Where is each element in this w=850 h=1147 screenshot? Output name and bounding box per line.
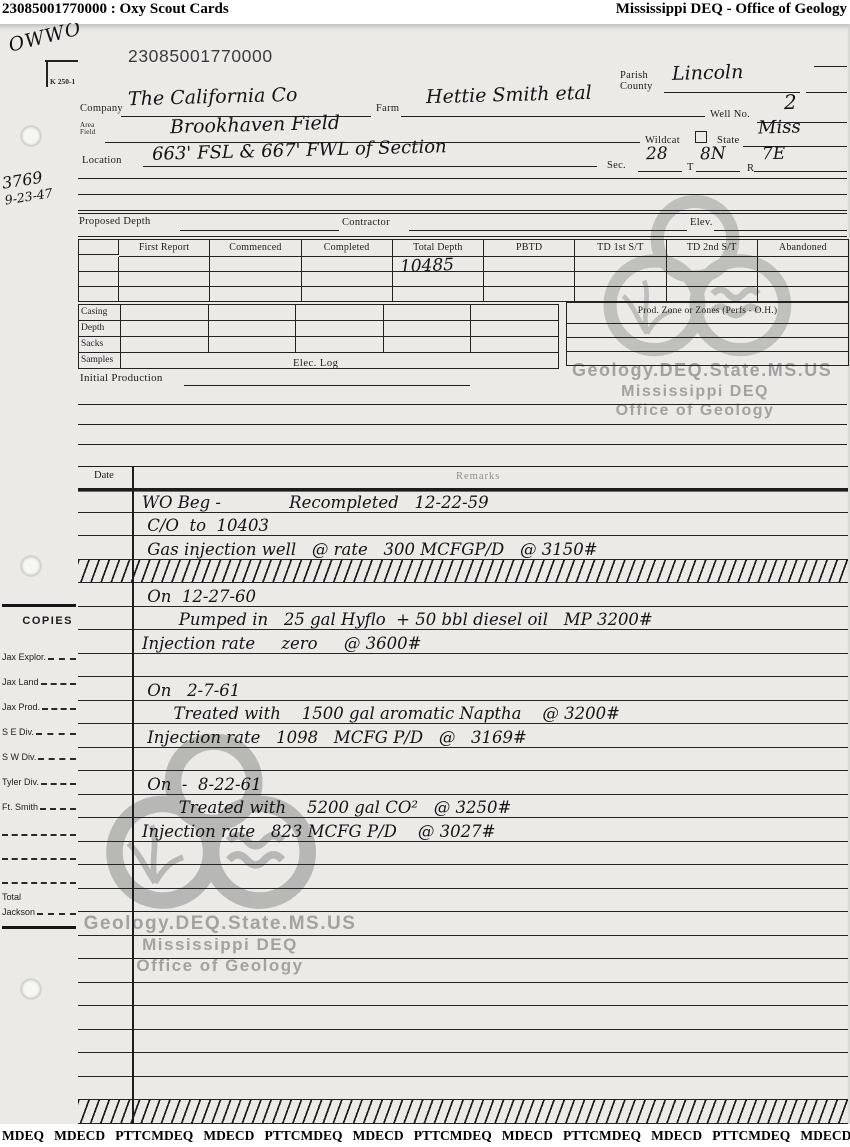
dotted-leader — [42, 708, 76, 710]
bracket-mark — [46, 60, 48, 87]
remarks-row: WO Beg - Recompleted 12-22-59 — [78, 489, 848, 513]
company-label: Company — [80, 103, 123, 114]
casing-cell — [296, 321, 384, 337]
drilling-cell — [575, 257, 666, 272]
casing-cell — [471, 305, 559, 321]
rule-line — [143, 166, 597, 167]
copies-item: Tyler Div. — [2, 762, 76, 787]
footer-group: MDEQ MDECD PTTC — [450, 1128, 599, 1144]
date-header: Date — [94, 470, 114, 481]
casing-row-label: Samples — [79, 353, 121, 369]
copies-item: S W Div. — [2, 737, 76, 762]
copies-item: Ft. Smith — [2, 787, 76, 812]
copies-item-label: Tyler Div. — [2, 777, 39, 787]
casing-row-label: Casing — [79, 305, 121, 321]
remark-entry: On 2-7-61 — [142, 681, 240, 700]
footer-group: MDEQ MDECD PTTC — [748, 1128, 850, 1144]
location-value: 663' FSL & 667' FWL of Section — [152, 136, 447, 165]
rule-line — [184, 385, 470, 386]
casing-cell — [296, 337, 384, 353]
casing-cell — [121, 321, 209, 337]
drilling-cell — [119, 272, 210, 287]
drilling-label-cell — [79, 240, 119, 255]
rule-line — [78, 444, 847, 445]
copies-item-label: Jax Explor. — [2, 652, 46, 662]
footer-group: MDEQ MDECD PTTC — [151, 1128, 300, 1144]
wildcat-checkbox — [695, 131, 707, 143]
rule-line — [567, 337, 848, 338]
print-header: 23085001770000 : Oxy Scout Cards Mississ… — [0, 0, 850, 23]
state-value: Miss — [758, 116, 801, 138]
rule-line — [814, 66, 847, 67]
section-label: Sec. — [607, 160, 626, 171]
casing-merged-cell: Elec. Log — [121, 353, 559, 369]
township-value: 8N — [700, 144, 726, 165]
total-depth-value: 10485 — [399, 255, 454, 277]
drilling-col-header: TD 1st S/T — [575, 240, 666, 257]
remark-entry: Injection rate 1098 MCFG P/D @ 3169# — [142, 728, 527, 747]
remark-entry: Injection rate zero @ 3600# — [142, 634, 421, 653]
remarks-row: C/O to 10403 — [78, 513, 848, 537]
remarks-row — [78, 912, 848, 936]
copies-title: COPIES — [2, 615, 76, 627]
farm-value: Hettie Smith etal — [426, 82, 592, 108]
remarks-row — [78, 983, 848, 1007]
print-header-source: Mississippi DEQ - Office of Geology — [616, 1, 847, 18]
casing-row: Sacks — [79, 337, 559, 353]
remarks-row — [78, 748, 848, 772]
remarks-row: Pumped in 25 gal Hyflo + 50 bbl diesel o… — [78, 607, 848, 631]
county-label: County — [620, 81, 653, 92]
punch-hole — [21, 126, 41, 146]
copies-item: Jax Explor. — [2, 637, 76, 662]
drilling-label-cell — [79, 257, 119, 272]
copies-item-label: Jax Prod. — [2, 702, 40, 712]
drilling-header-row: First ReportCommencedCompletedTotal Dept… — [79, 240, 849, 257]
prod-zone-box: Prod. Zone or Zones (Perfs - O.H.) — [566, 302, 849, 366]
contractor-label: Contractor — [342, 217, 390, 228]
rule-line — [78, 213, 847, 214]
location-label: Location — [82, 155, 122, 166]
section-value: 28 — [646, 144, 668, 165]
dotted-leader — [48, 658, 76, 660]
remark-entry: On 12-27-60 — [142, 587, 256, 606]
field-value: Brookhaven Field — [170, 112, 341, 138]
rule-line — [409, 230, 687, 231]
remarks-row — [78, 842, 848, 866]
casing-row: SamplesElec. Log — [79, 353, 559, 369]
rule-line — [638, 171, 682, 172]
rule-line — [567, 351, 848, 352]
drilling-cell — [484, 287, 575, 302]
remark-entry: Injection rate 823 MCFG P/D @ 3027# — [142, 822, 495, 841]
remarks-row — [78, 654, 848, 678]
drilling-cell — [575, 287, 666, 302]
remarks-row: On 12-27-60 — [78, 583, 848, 607]
drilling-cell — [210, 257, 301, 272]
casing-cell — [384, 337, 472, 353]
rule-line — [180, 230, 339, 231]
company-value: The California Co — [128, 84, 298, 110]
drilling-cell — [302, 287, 393, 302]
casing-cell — [471, 321, 559, 337]
drilling-row: 10485 — [79, 257, 849, 272]
casing-cell — [121, 337, 209, 353]
punch-hole — [21, 556, 41, 576]
copies-item-label: Ft. Smith — [2, 802, 38, 812]
drilling-col-header: PBTD — [484, 240, 575, 257]
copies-item-label: Jax Land — [2, 677, 39, 687]
dotted-leader — [41, 683, 76, 685]
casing-cell — [209, 305, 297, 321]
drilling-cell — [667, 272, 758, 287]
remarks-row: Gas injection well @ rate 300 MCFGP/D @ … — [78, 536, 848, 560]
rule-line — [78, 236, 847, 237]
punch-hole — [21, 979, 41, 999]
county-value: Lincoln — [672, 61, 744, 85]
drilling-cell — [210, 272, 301, 287]
dotted-leader — [40, 808, 76, 810]
print-header-title: 23085001770000 : Oxy Scout Cards — [2, 1, 229, 18]
dotted-leader — [36, 733, 76, 735]
drilling-cell — [210, 287, 301, 302]
footer-group: MDEQ MDECD PTTC — [599, 1128, 748, 1144]
copies-item-label: S W Div. — [2, 752, 36, 762]
drilling-label-cell — [79, 272, 119, 287]
drilling-col-header: TD 2nd S/T — [667, 240, 758, 257]
rule-line — [743, 146, 847, 147]
casing-cell — [209, 337, 297, 353]
copies-item: Jax Land — [2, 662, 76, 687]
remarks-row — [78, 936, 848, 960]
drilling-col-header: Commenced — [210, 240, 301, 257]
remarks-row: Injection rate 1098 MCFG P/D @ 3169# — [78, 724, 848, 748]
rule-line — [664, 92, 800, 93]
copies-item: Jax Prod. — [2, 687, 76, 712]
remarks-hatch-row — [78, 560, 848, 584]
scan-top-edge — [0, 24, 850, 32]
parish-label: Parish — [620, 70, 648, 81]
remarks-row — [78, 1030, 848, 1054]
casing-cell — [296, 305, 384, 321]
copies-item: S E Div. — [2, 712, 76, 737]
casing-table: CasingDepthSacksSamplesElec. Log — [78, 304, 559, 369]
remark-entry: On - 8-22-61 — [142, 775, 262, 794]
drilling-cell — [484, 272, 575, 287]
remark-entry: Treated with 5200 gal CO² @ 3250# — [142, 798, 511, 817]
rule-line — [78, 210, 847, 211]
drilling-cell — [119, 287, 210, 302]
elevation-label: Elev. — [690, 217, 713, 228]
casing-cell — [121, 305, 209, 321]
initial-production-label: Initial Production — [80, 372, 163, 384]
remarks-row — [78, 1077, 848, 1101]
drilling-row — [79, 272, 849, 287]
bracket-mark — [45, 60, 78, 62]
township-label: T — [687, 162, 694, 173]
drilling-cell — [302, 257, 393, 272]
rule-line — [696, 171, 740, 172]
date-column-divider — [132, 467, 134, 1147]
elec-log-label: Elec. Log — [293, 358, 338, 369]
drilling-cell — [575, 272, 666, 287]
api-number: 23085001770000 — [128, 46, 273, 67]
dotted-leader — [41, 783, 76, 785]
range-value: 7E — [762, 144, 786, 165]
footer-group: MDEQ MDECD PTTC — [2, 1128, 151, 1144]
casing-cell — [209, 321, 297, 337]
remarks-row — [78, 959, 848, 983]
dotted-leader — [37, 913, 76, 915]
remarks-rows: WO Beg - Recompleted 12-22-59 C/O to 104… — [78, 489, 848, 1147]
drilling-cell — [758, 272, 849, 287]
copies-jackson-item: Jackson — [2, 902, 76, 917]
copies-bottom-rule — [2, 926, 76, 929]
copies-blank-line — [2, 860, 76, 884]
margin-note: 3769 9-23-47 — [1, 166, 54, 207]
rule-line — [806, 92, 847, 93]
remark-entry: Treated with 1500 gal aromatic Naptha @ … — [142, 704, 620, 723]
prod-zone-title: Prod. Zone or Zones (Perfs - O.H.) — [567, 306, 848, 316]
casing-cell — [471, 337, 559, 353]
remarks-row — [78, 1006, 848, 1030]
field-label: Field — [80, 128, 95, 136]
rule-line — [78, 424, 847, 425]
drilling-table: First ReportCommencedCompletedTotal Dept… — [78, 239, 849, 302]
remarks-row: Treated with 5200 gal CO² @ 3250# — [78, 795, 848, 819]
copies-panel: COPIES Jax Explor.Jax LandJax Prod.S E D… — [2, 604, 76, 929]
footer-group: MDEQ MDECD PTTC — [301, 1128, 450, 1144]
remark-entry: WO Beg - Recompleted 12-22-59 — [142, 493, 489, 512]
drilling-cell — [758, 257, 849, 272]
copies-items: Jax Explor.Jax LandJax Prod.S E Div.S W … — [2, 637, 76, 884]
dotted-leader — [38, 758, 76, 760]
rule-line — [714, 230, 847, 231]
casing-row-label: Depth — [79, 321, 121, 337]
remarks-row: On - 8-22-61 — [78, 771, 848, 795]
casing-row-label: Sacks — [79, 337, 121, 353]
drilling-cell — [484, 257, 575, 272]
remarks-header-row: Date Remarks — [78, 467, 848, 489]
drilling-cell — [302, 272, 393, 287]
well-no-value: 2 — [784, 90, 797, 114]
remark-entry: C/O to 10403 — [142, 516, 269, 535]
drilling-cell — [667, 257, 758, 272]
remark-entry: Gas injection well @ rate 300 MCFGP/D @ … — [142, 540, 598, 559]
drilling-cell — [119, 257, 210, 272]
rule-line — [78, 404, 847, 405]
copies-total-label: Total — [2, 892, 76, 902]
rule-line — [78, 194, 847, 195]
casing-cell — [384, 305, 472, 321]
remarks-row: Injection rate zero @ 3600# — [78, 630, 848, 654]
remarks-row — [78, 865, 848, 889]
remarks-row — [78, 1053, 848, 1077]
drilling-col-header: First Report — [119, 240, 210, 257]
casing-row: Depth — [79, 321, 559, 337]
casing-cell — [384, 321, 472, 337]
drilling-cell: 10485 — [393, 257, 484, 272]
copies-blank-line — [2, 812, 76, 836]
remarks-row: Treated with 1500 gal aromatic Naptha @ … — [78, 701, 848, 725]
drilling-label-cell — [79, 287, 119, 302]
watermark-line2: Mississippi DEQ — [572, 382, 818, 402]
remarks-row: On 2-7-61 — [78, 677, 848, 701]
print-footer: MDEQ MDECD PTTC MDEQ MDECD PTTC MDEQ MDE… — [0, 1124, 850, 1147]
rule-line — [754, 171, 847, 172]
copies-jackson-label: Jackson — [2, 907, 35, 917]
copies-blank-line — [2, 836, 76, 860]
remarks-table: Date Remarks WO Beg - Recompleted 12-22-… — [78, 466, 848, 1147]
drilling-row — [79, 287, 849, 302]
remarks-header: Remarks — [456, 471, 500, 482]
drilling-col-header: Total Depth — [393, 240, 484, 257]
remarks-row — [78, 889, 848, 913]
proposed-depth-label: Proposed Depth — [79, 216, 151, 227]
drilling-col-header: Completed — [302, 240, 393, 257]
rule-line — [567, 323, 848, 324]
remarks-row: Injection rate 823 MCFG P/D @ 3027# — [78, 818, 848, 842]
rule-line — [78, 178, 847, 179]
form-code: K 250-1 — [50, 77, 75, 86]
well-no-label: Well No. — [710, 109, 750, 120]
scout-card-scan: Geology.DEQ.State.MS.US Mississippi DEQ … — [0, 24, 850, 1124]
drilling-cell — [393, 287, 484, 302]
copies-item-label: S E Div. — [2, 727, 34, 737]
rule-line — [401, 116, 705, 117]
copies-top-rule — [2, 604, 76, 607]
drilling-cell — [667, 287, 758, 302]
casing-row: Casing — [79, 305, 559, 321]
drilling-col-header: Abandoned — [758, 240, 849, 257]
farm-label: Farm — [376, 103, 399, 114]
remark-entry: Pumped in 25 gal Hyflo + 50 bbl diesel o… — [142, 610, 653, 629]
drilling-cell — [758, 287, 849, 302]
remarks-hatch-row — [78, 1100, 848, 1124]
